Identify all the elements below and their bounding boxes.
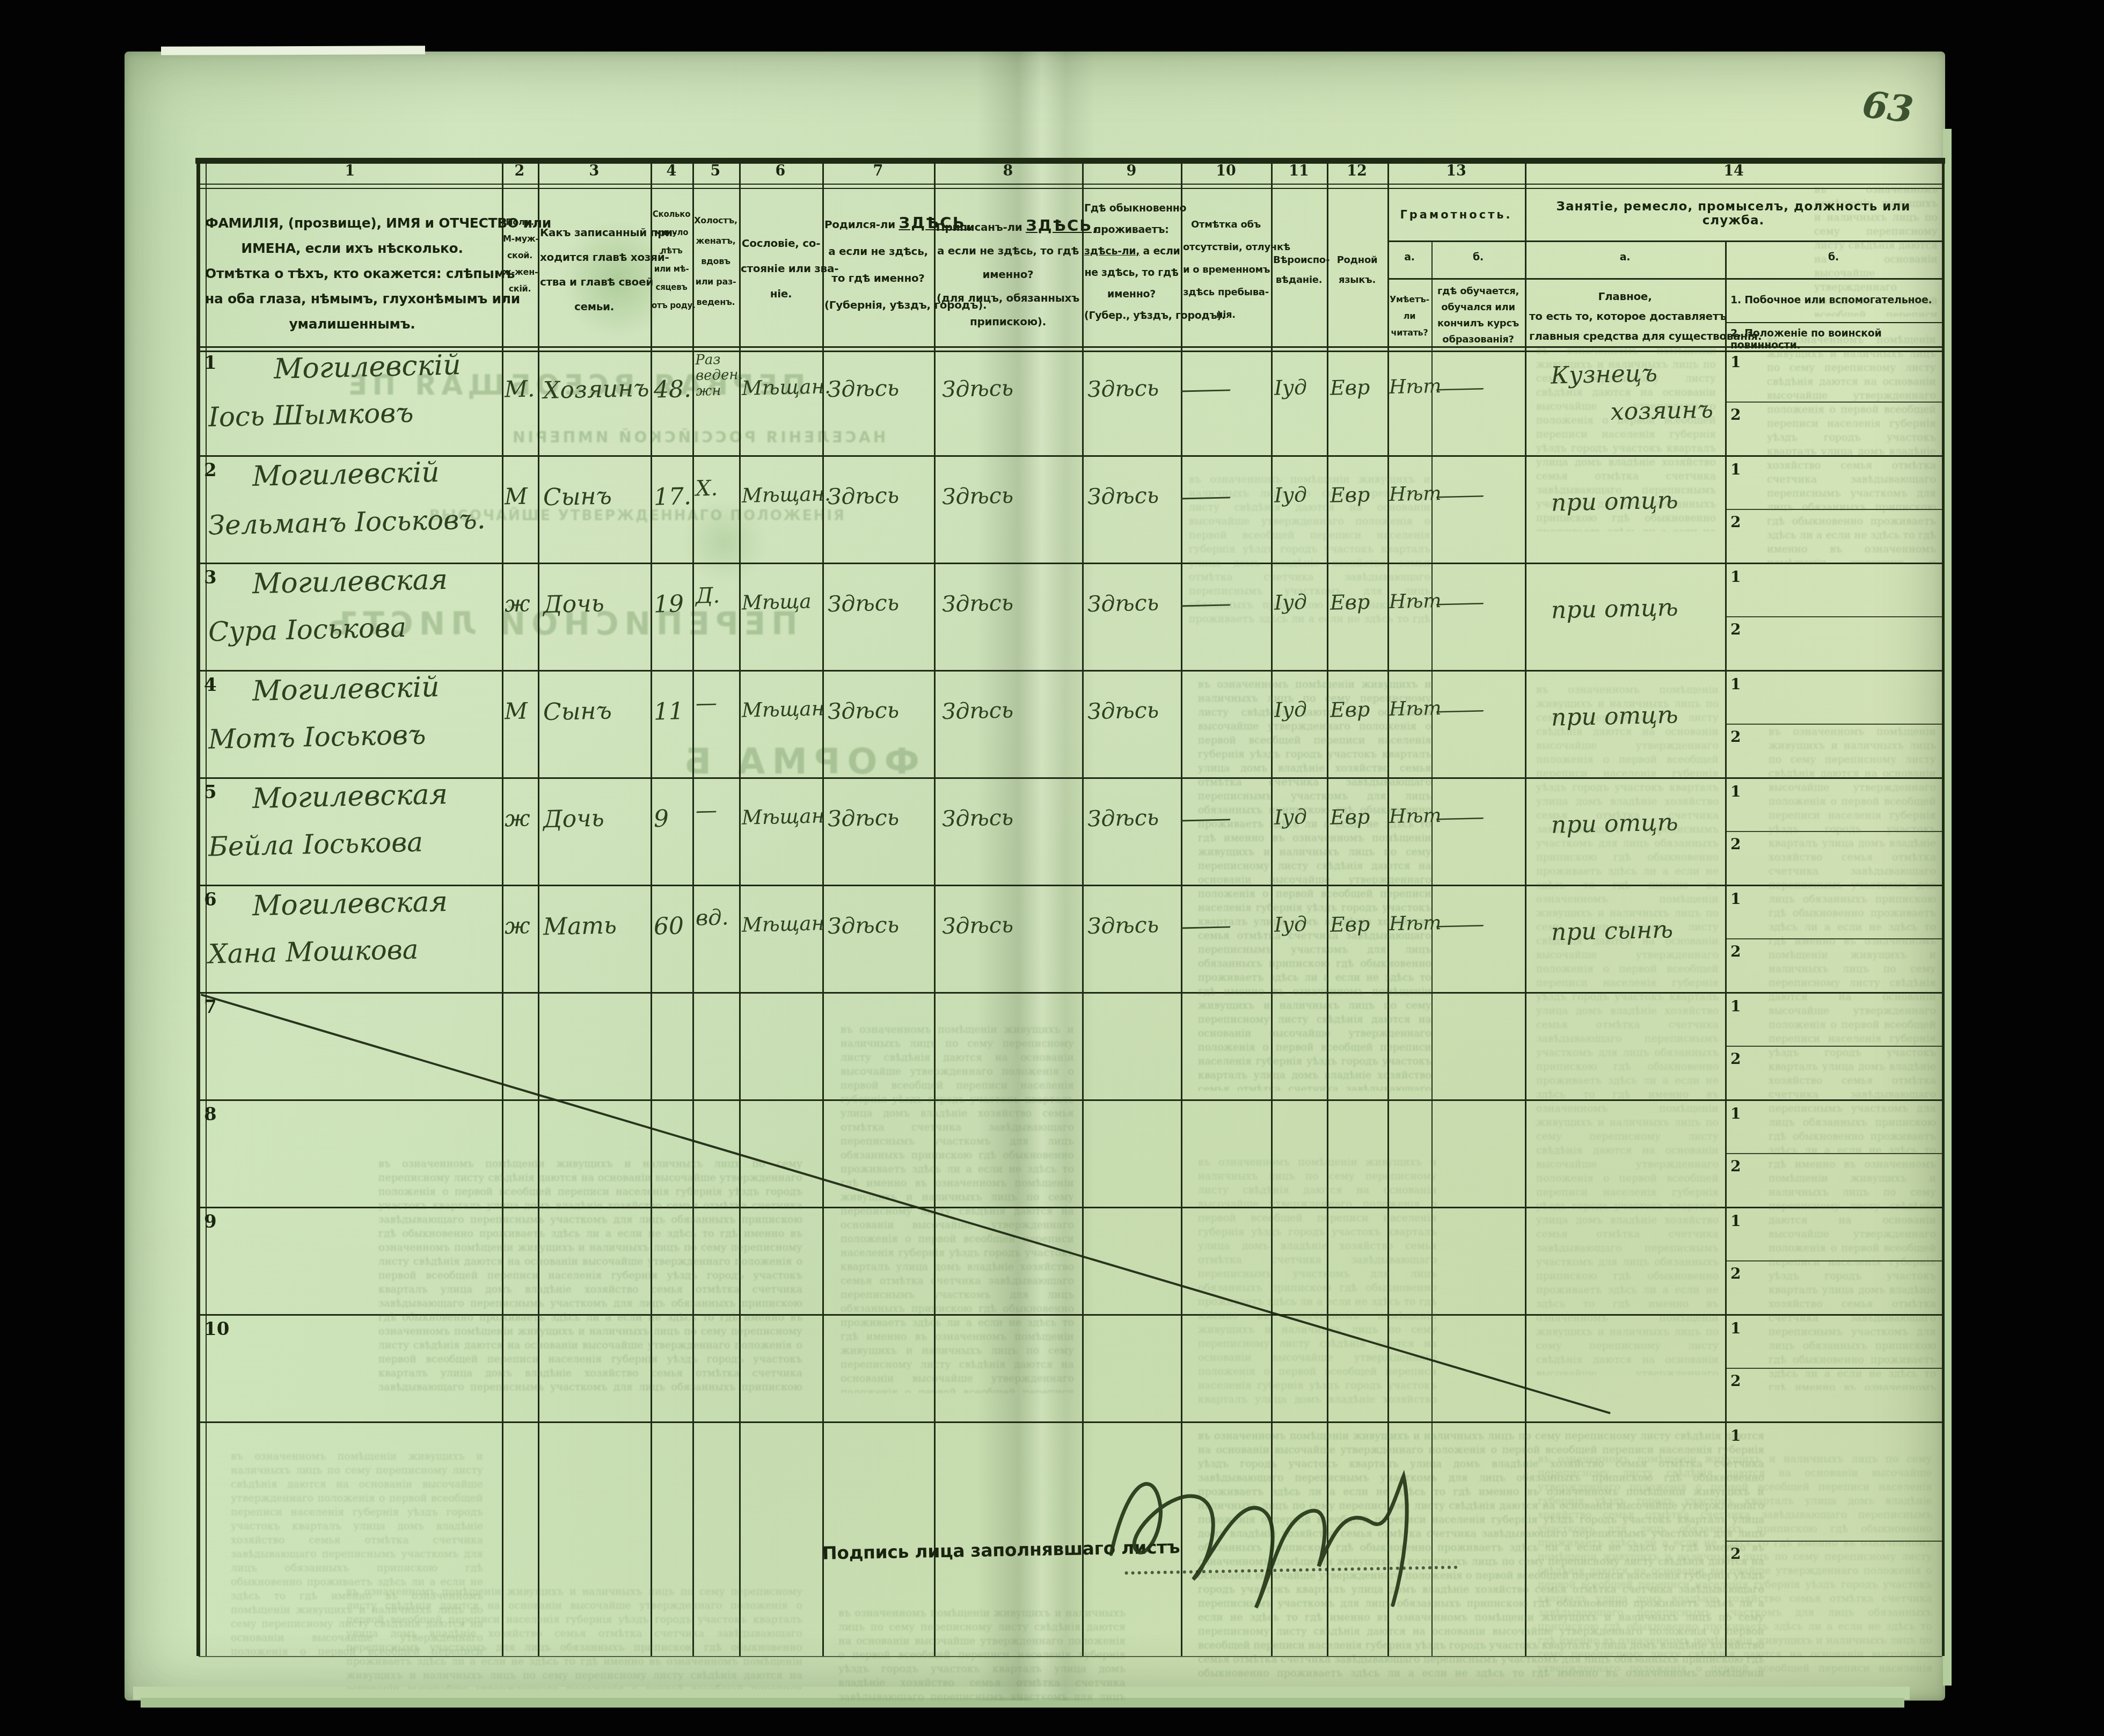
grid-hline [199,777,1942,779]
grid-vline [196,158,200,1656]
column-number: 3 [578,163,610,179]
grid-vline [1327,158,1328,1656]
grid-hline [199,992,1942,994]
entry-estate: Мѣща [742,590,812,615]
column-number: 2 [503,163,536,179]
entry-estate: Мѣщан [742,804,825,829]
entry-education: — [1449,590,1471,616]
entry-name: Іось Шымковъ [208,397,414,433]
entry-surname: Могилевская [252,886,448,922]
entry-age: 60 [653,912,684,940]
grid-hline [1725,1541,1942,1542]
column-header-c1: ФАМИЛІЯ, (прозвище), ИМЯ и ОТЧЕСТВО илиИ… [205,210,499,337]
entry-language: Евр [1330,483,1370,507]
grid-vline [502,158,503,1656]
grid-vline [538,158,539,1656]
entry-residence: Здѣсь [1087,804,1159,831]
entry-absence: — [1194,590,1217,617]
entry-registered: Здѣсь [941,804,1013,831]
entry-residence: Здѣсь [1087,911,1159,939]
grid-hline [199,1421,1942,1423]
subrow-label-2: 2 [1730,943,1741,960]
grid-hline [199,1656,1942,1657]
entry-surname: Могилевская [252,564,448,600]
column-header-c13a: Умѣетъ-личитать? [1387,291,1431,341]
entry-language: Евр [1330,912,1370,937]
entry-estate: Мѣщан [742,911,825,936]
entry-occupation: при отцѣ [1551,696,1678,736]
grid-hline [199,346,1942,348]
subrow-label-1: 1 [1730,461,1741,478]
column-header-c7: Родился-ли ЗДѢСЬ,а если не здѣсь,то гдѣ … [824,209,932,318]
entry-sex: ж [504,590,530,617]
entry-marital: вд. [696,910,729,926]
subrow-label-1: 1 [1730,890,1741,908]
entry-education: — [1449,376,1471,401]
grid-hline [1725,1046,1942,1047]
entry-language: Евр [1330,590,1370,615]
row-number: 8 [204,1104,217,1125]
subrow-label-1: 1 [1730,675,1741,693]
column-header-c13a-label: а. [1387,251,1431,263]
row-number: 4 [204,674,217,696]
entry-registered: Здѣсь [941,375,1013,402]
entry-registered: Здѣсь [941,697,1013,724]
grid-hline [199,1207,1942,1208]
underlying-page-edge-bottom2 [141,1698,1904,1708]
entry-registered: Здѣсь [941,589,1013,617]
entry-marital: Х. [696,481,718,497]
column-number: 7 [862,163,894,179]
folio-number: 63 [1860,83,1916,132]
grid-hline [199,455,1942,457]
grid-hline [1725,938,1942,939]
grid-hline [1387,240,1942,242]
entry-marital: — [696,803,718,819]
subrow-label-2: 2 [1730,1157,1741,1175]
entry-age: 48. [653,375,691,404]
grid-vline [1725,240,1727,1656]
entry-residence: Здѣсь [1087,697,1159,724]
grid-hline [199,184,1942,185]
subrow-label-1: 1 [1730,1427,1741,1445]
column-header-c11: Вѣроиспо-вѣданіе. [1273,250,1325,290]
entry-born: Здѣсь [827,697,899,724]
grid-hline [195,158,1945,164]
row-number: 5 [204,782,217,803]
column-header-c14b-item2: 2. Положеніе по воинской повинности. [1730,327,1938,351]
grid-hline [199,1099,1942,1101]
entry-born: Здѣсь [827,911,899,939]
grid-vline [1525,158,1526,1656]
signature-flourish [1103,1444,1436,1616]
entry-sex: М. [504,375,535,402]
entry-surname: Могилевскій [252,456,440,493]
row-number: 1 [204,352,217,374]
entry-education: — [1449,805,1471,830]
grid-vline [651,158,652,1656]
grid-hline [1725,322,1942,323]
column-number: 11 [1283,163,1315,179]
grid-hline [199,1314,1942,1316]
column-header-c5: Холостъ,женатъ,вдовъили раз-веденъ. [693,210,738,312]
column-number: 13 [1440,163,1472,179]
column-header-c9: Гдѣ обыкновеннопроживаетъ:здѣсь-ли, а ес… [1084,198,1179,326]
row-number: 6 [204,889,217,910]
entry-name: Сура Іоськова [208,612,406,647]
entry-estate: Мѣщан [742,697,825,721]
entry-religion: Іуд [1274,483,1307,507]
entry-relation: Дочь [543,590,604,619]
column-header-c13b-label: б. [1431,251,1525,263]
grid-hline [1387,278,1942,280]
entry-surname: Могилевская [252,778,448,815]
entry-born: Здѣсь [827,482,899,509]
entry-residence: Здѣсь [1087,482,1159,509]
entry-education: — [1449,483,1471,508]
entry-age: 11 [653,697,684,725]
entry-sex: ж [504,912,530,939]
census-sheet-photo: ПЕРВАЯ ВСЕОБЩАЯ ПЕ НАСЕЛЕНІЯ РОССІЙСКОЙ … [0,0,2104,1736]
entry-age: 17. [653,483,691,511]
entry-religion: Іуд [1274,697,1307,721]
entry-name: Хана Мошкова [208,934,419,970]
grid-vline [1271,158,1273,1656]
entry-occupation: при сынѣ [1551,911,1674,951]
grid-hline [1725,1368,1942,1369]
entry-estate: Мѣщан. [742,375,831,400]
entry-language: Евр [1330,805,1370,829]
entry-relation: Дочь [543,805,604,834]
column-header-c14-title: Занятіе, ремесло, промыселъ, должность и… [1531,200,1935,228]
row-number: 9 [204,1211,217,1232]
subrow-label-2: 2 [1730,1050,1741,1068]
subrow-label-1: 1 [1730,568,1741,586]
subrow-label-1: 1 [1730,1319,1741,1337]
column-number: 4 [655,163,688,179]
column-header-c14b-label: б. [1725,251,1942,263]
entry-absence: — [1194,913,1217,939]
subrow-label-1: 1 [1730,1212,1741,1230]
entry-occupation: при отцѣ [1551,589,1678,629]
subrow-label-2: 2 [1730,835,1741,853]
entry-age: 19 [653,590,684,618]
grid-hline [1725,831,1942,832]
entry-religion: Іуд [1274,912,1307,936]
entry-religion: Іуд [1274,590,1307,614]
entry-education: — [1449,913,1471,938]
entry-absence: — [1194,805,1217,832]
entry-surname: Могилевскій [273,349,461,385]
column-header-c3: Какъ записанный при-ходится главѣ хозяй-… [540,220,648,319]
entry-estate: Мѣщан. [742,482,831,507]
grid-hline [199,670,1942,672]
column-header-c13-title: Грамотность. [1392,208,1521,221]
subrow-label-1: 1 [1730,353,1741,371]
column-header-c10: Отмѣтка объотсутствіи, отлучкѣи о времен… [1183,214,1269,326]
column-header-c14a: Главное,то есть то, которое доставляетъг… [1529,287,1721,346]
entry-relation: Хозяинъ [543,375,649,404]
grid-hline [199,188,1942,189]
column-header-c8: Приписанъ-ли ЗДѢСЬ,а если не здѣсь, то г… [936,214,1080,333]
entry-relation: Мать [543,911,617,940]
row-number: 10 [204,1318,229,1340]
entry-relation: Сынъ [543,697,612,726]
entry-sex: М [504,483,528,510]
column-header-c12: Роднойязыкъ. [1329,250,1385,290]
entry-residence: Здѣсь [1087,589,1159,617]
subrow-label-2: 2 [1730,406,1741,424]
column-header-c6: Сословіе, со-стояніе или зва-ніе. [741,231,821,307]
column-number: 8 [992,163,1024,179]
entry-education: — [1449,698,1471,723]
subrow-label-2: 2 [1730,728,1741,746]
entry-occupation: Кузнецъхозяинъ [1550,354,1713,433]
entry-marital: Разведен.жн [695,352,743,399]
grid-vline [1082,158,1084,1656]
entry-marital: — [696,696,718,712]
subrow-label-1: 1 [1730,783,1741,800]
column-number: 9 [1115,163,1148,179]
entry-name: Бейла Іоськова [208,826,423,862]
subrow-label-2: 2 [1730,1265,1741,1282]
grid-hline [199,563,1942,564]
entry-absence: — [1194,483,1217,510]
entry-name: Мотъ Іоськовъ [208,719,426,755]
column-header-c14a-label: а. [1525,251,1725,263]
entry-religion: Іуд [1274,375,1307,399]
grid-vline [692,158,694,1656]
column-number: 12 [1341,163,1373,179]
entry-age: 9 [653,805,669,833]
subrow-label-2: 2 [1730,513,1741,531]
entry-born: Здѣсь [827,804,899,831]
subrow-label-2: 2 [1730,1372,1741,1390]
entry-registered: Здѣсь [941,482,1013,509]
row-number: 3 [204,567,217,588]
entry-born: Здѣсь [827,375,899,402]
subrow-label-1: 1 [1730,997,1741,1015]
grid-hline [1725,402,1942,403]
grid-vline [934,158,936,1656]
entry-registered: Здѣсь [941,911,1013,939]
grid-vline [1942,158,1945,1656]
column-number: 10 [1210,163,1242,179]
column-number: 5 [699,163,732,179]
grid-hline [1725,724,1942,725]
subrow-label-1: 1 [1730,1105,1741,1122]
column-header-c14b-item1: 1. Побочное или вспомогательное. [1730,294,1938,306]
grid-hline [1725,509,1942,510]
entry-sex: ж [504,805,530,831]
column-header-c2: Полъ.М-муж-ской.ж-жен-скій. [503,214,537,297]
entry-residence: Здѣсь [1087,375,1159,402]
grid-hline [1725,1153,1942,1154]
row-number: 2 [204,459,217,481]
entry-occupation: при отцѣ [1551,482,1678,522]
grid-hline [199,885,1942,886]
column-header-c13b: гдѣ обучается,обучался иликончилъ курсъо… [1434,283,1523,348]
entry-name: Зельманъ Іоськовъ. [208,504,486,541]
entry-marital: Д. [696,588,720,604]
subrow-label-2: 2 [1730,621,1741,638]
entry-absence: — [1194,376,1217,403]
column-number: 14 [1718,163,1750,179]
entry-born: Здѣсь [827,589,899,617]
entry-occupation: при отцѣ [1551,804,1678,844]
entry-sex: М [504,698,528,725]
grid-hline [1725,1260,1942,1261]
column-number: 6 [764,163,797,179]
column-header-c4: Сколькоминулолѣтъили мѣ-сяцевъотъ роду. [652,205,691,315]
entry-language: Евр [1330,697,1370,722]
entry-language: Евр [1330,375,1370,400]
subrow-label-2: 2 [1730,1545,1741,1563]
grid-hline [1725,616,1942,617]
column-number: 1 [334,163,366,179]
entry-religion: Іуд [1274,805,1307,829]
entry-relation: Сынъ [543,483,612,512]
underlying-page-edge-top [161,46,425,55]
entry-surname: Могилевскій [252,671,440,707]
